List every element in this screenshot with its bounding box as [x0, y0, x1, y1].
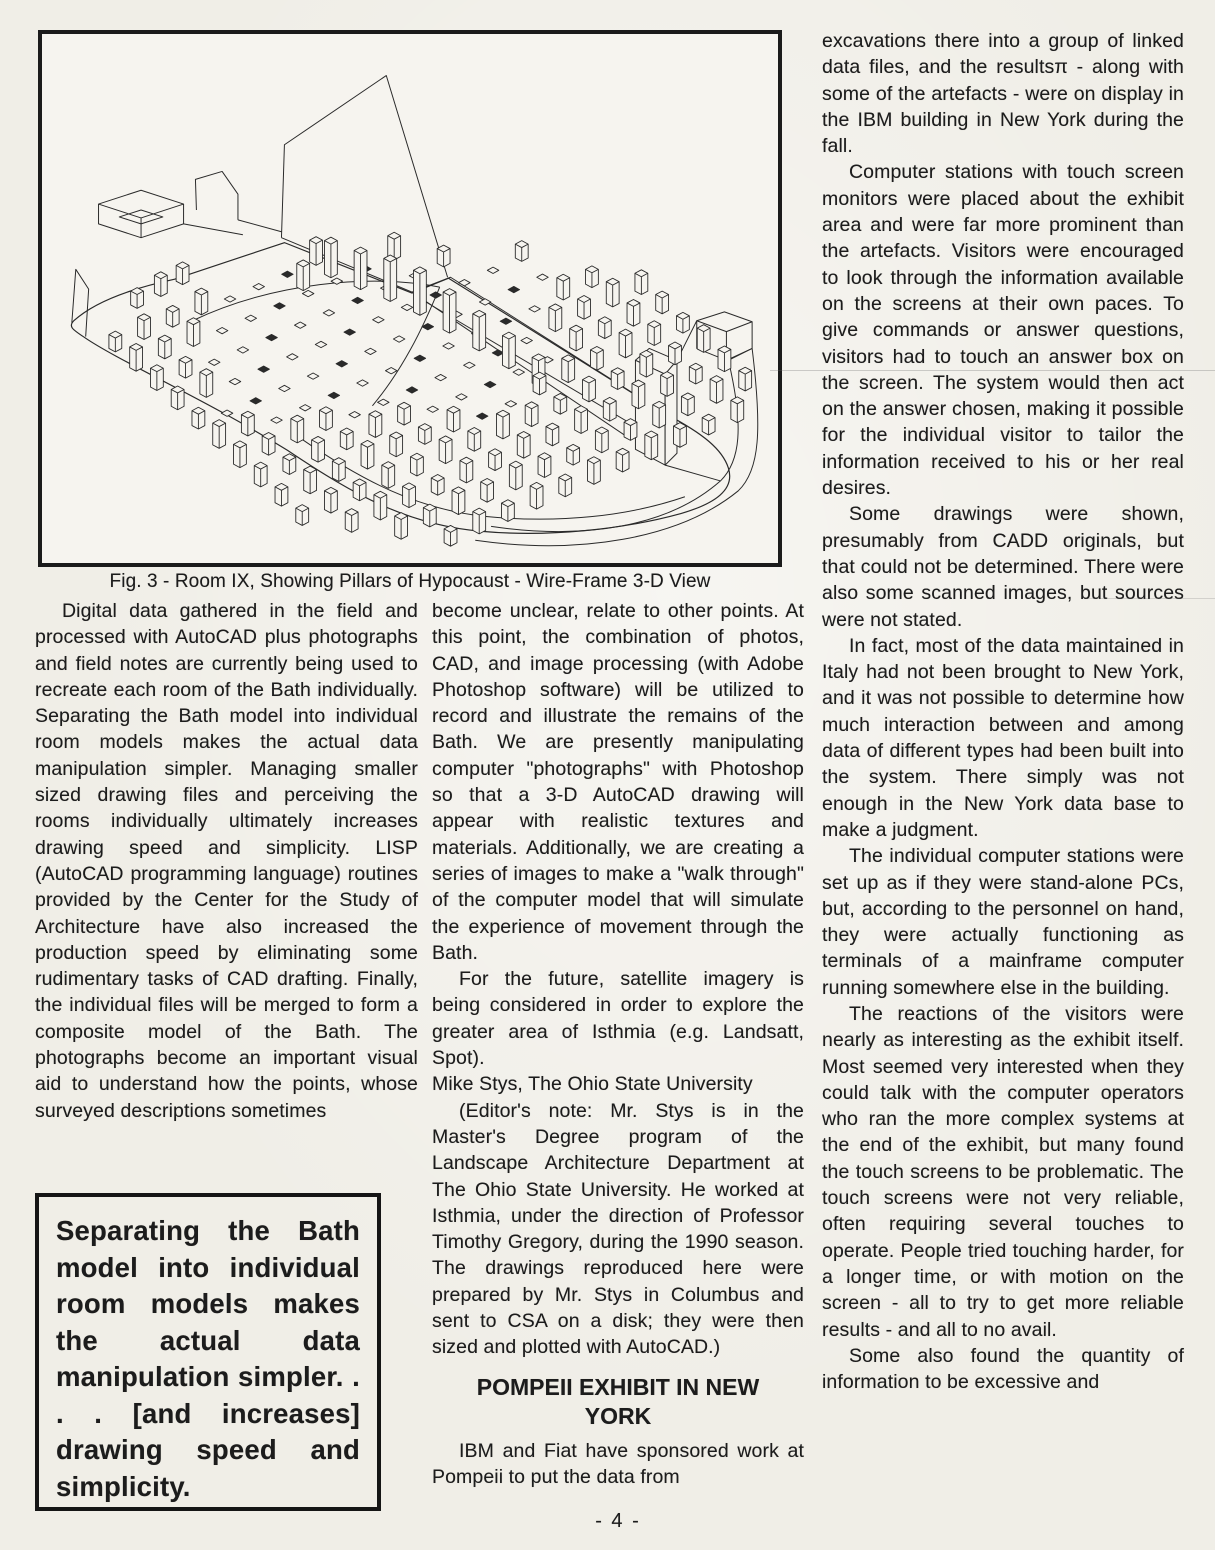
paragraph: Computer stations with touch screen moni… — [822, 159, 1184, 501]
paragraph: Some also found the quantity of informat… — [822, 1343, 1184, 1396]
figure-room-ix-frame — [38, 30, 782, 567]
paragraph: In fact, most of the data maintained in … — [822, 633, 1184, 843]
scan-artifact-line — [770, 370, 1215, 371]
paragraph: For the future, satellite imagery is bei… — [432, 966, 804, 1071]
section-heading-pompeii: POMPEII EXHIBIT IN NEW YORK — [462, 1373, 774, 1431]
paragraph: excavations there into a group of linked… — [822, 28, 1184, 159]
paragraph: Some drawings were shown, presumably fro… — [822, 501, 1184, 632]
paragraph: The individual computer stations were se… — [822, 843, 1184, 1001]
editors-note-paragraph: (Editor's note: Mr. Stys is in the Maste… — [432, 1098, 804, 1361]
paragraph: become unclear, relate to other points. … — [432, 598, 804, 966]
pull-quote-box: Separating the Bath model into individua… — [35, 1193, 381, 1511]
scan-artifact-line — [1085, 598, 1215, 599]
figure-caption: Fig. 3 - Room IX, Showing Pillars of Hyp… — [38, 571, 782, 593]
right-column: excavations there into a group of linked… — [822, 28, 1184, 1395]
scanned-newsletter-page: Fig. 3 - Room IX, Showing Pillars of Hyp… — [0, 0, 1215, 1550]
pull-quote-text: Separating the Bath model into individua… — [56, 1213, 360, 1505]
left-column: Digital data gathered in the field and p… — [35, 598, 418, 1124]
paragraph: Digital data gathered in the field and p… — [35, 598, 418, 1124]
middle-column: become unclear, relate to other points. … — [432, 598, 804, 1490]
paragraph: The reactions of the visitors were nearl… — [822, 1001, 1184, 1343]
page-number: - 4 - — [432, 1510, 804, 1533]
byline: Mike Stys, The Ohio State University — [432, 1071, 804, 1097]
hypocaust-wireframe-drawing — [42, 34, 778, 563]
paragraph: IBM and Fiat have sponsored work at Pomp… — [432, 1438, 804, 1491]
